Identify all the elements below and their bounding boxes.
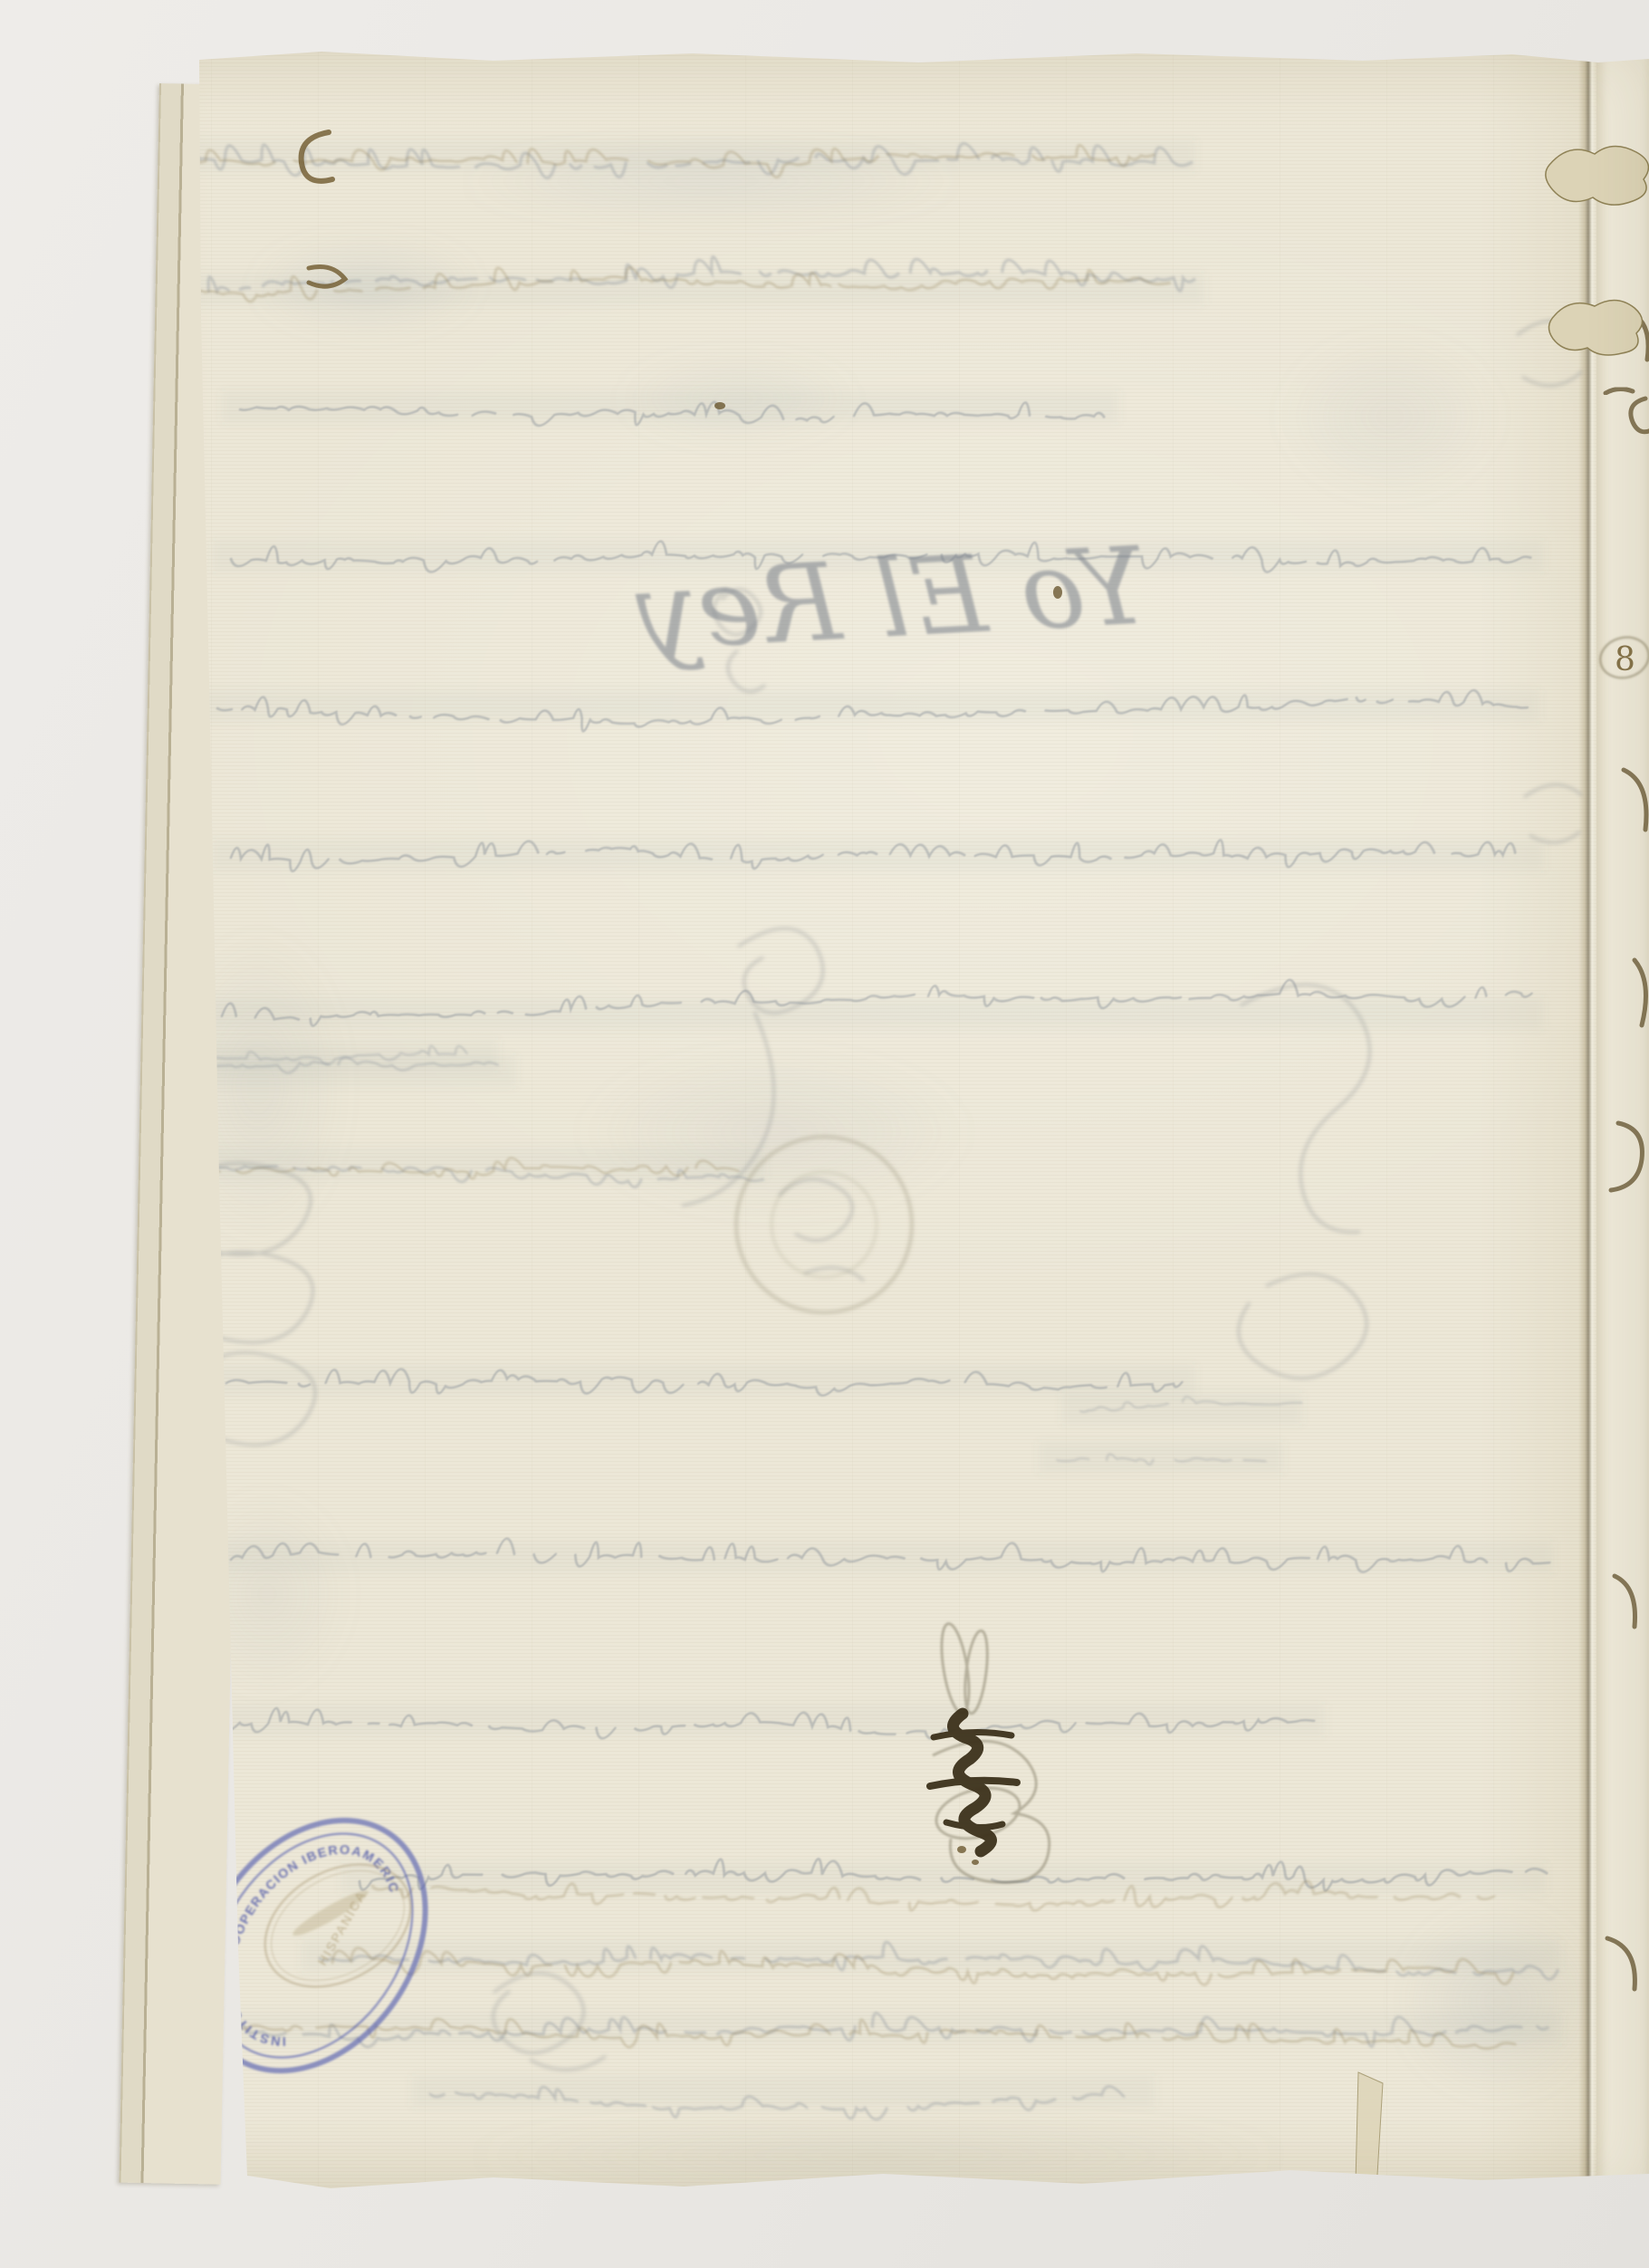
line-shadow-band: [341, 1863, 1546, 1894]
rubric-loop: [933, 1741, 1050, 1882]
dry-seal-inner-ring: [772, 1172, 877, 1277]
line-shadow-band: [202, 1705, 1325, 1735]
pen-flourish: [1524, 784, 1582, 842]
dry-seal-impression: [736, 1137, 912, 1312]
facing-page-ink-stroke: [1607, 1938, 1635, 1989]
ink-overlay: Yo El Rey 8 INSTITUTO DE COOPERACION IBE…: [104, 45, 1649, 2201]
ink-fleck: [972, 1860, 979, 1865]
ink-fleck: [714, 402, 725, 409]
facing-page-ink-stroke: [1611, 1123, 1642, 1190]
corner-fold-tear: [1356, 2072, 1383, 2190]
fold-damage-blob: [1546, 146, 1649, 205]
facing-page-number-badge: 8: [1596, 632, 1649, 683]
facing-page-number: 8: [1615, 641, 1635, 678]
dry-seal-outer-ring: [736, 1137, 912, 1312]
facing-page-ink-stroke: [1631, 399, 1649, 432]
ink-fleck: [957, 1846, 966, 1853]
line-shadow-band: [213, 840, 1544, 870]
line-shadow-band: [302, 1940, 1560, 1971]
manuscript-paper: Yo El Rey 8 INSTITUTO DE COOPERACION IBE…: [104, 45, 1649, 2201]
facing-page-ink-stroke: [1615, 1576, 1635, 1627]
line-shadow-band: [208, 1365, 1195, 1396]
royal-signature-mirrored: Yo El Rey: [633, 523, 1150, 674]
scanned-document-page: Yo El Rey 8 INSTITUTO DE COOPERACION IBE…: [0, 0, 1649, 2268]
rubric-loop: [961, 1629, 991, 1715]
facing-page-ink-stroke: [1606, 389, 1633, 393]
facing-page-ink-stroke: [1624, 770, 1646, 830]
line-shadow-band: [1039, 1442, 1283, 1473]
fold-damage-blob: [1548, 300, 1642, 355]
line-shadow-band: [104, 274, 1204, 304]
facing-page-ink-marks: [1606, 312, 1649, 1989]
ink-rubric-monogram: [930, 1622, 1050, 1883]
ink-fleck: [1053, 586, 1062, 599]
facing-page-ink-stroke: [1635, 960, 1646, 1025]
line-shadow-band: [199, 690, 1539, 721]
rubric-loop: [936, 1622, 973, 1715]
pen-flourish: [1239, 985, 1370, 1378]
